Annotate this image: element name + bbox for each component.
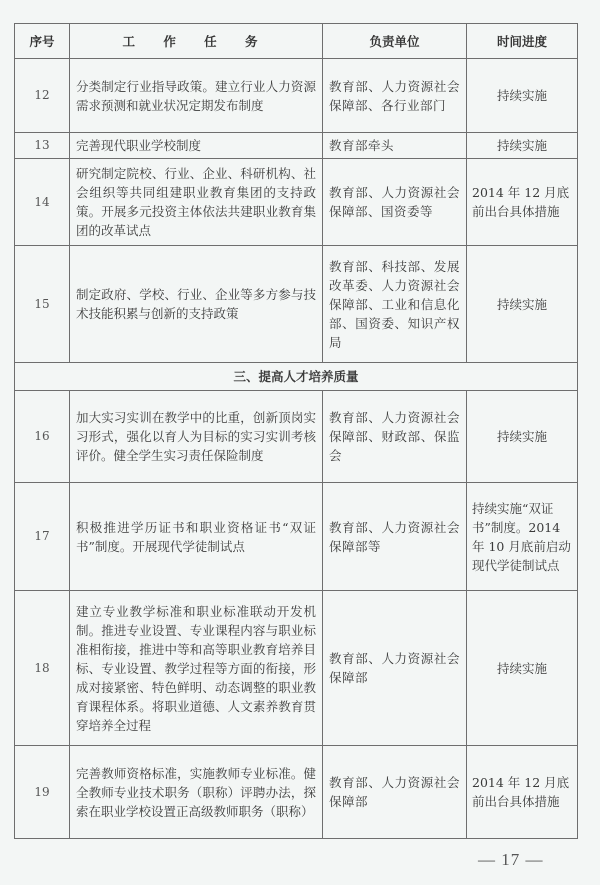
row-unit: 教育部、人力资源社会保障部等 [323, 483, 467, 591]
header-time: 时间进度 [467, 24, 578, 59]
row-no: 14 [15, 159, 70, 246]
table-row: 12 分类制定行业指导政策。建立行业人力资源需求预测和就业状况定期发布制度 教育… [15, 59, 578, 133]
row-task: 完善现代职业学校制度 [70, 133, 323, 159]
table-row: 17 积极推进学历证书和职业资格证书“双证书”制度。开展现代学徒制试点 教育部、… [15, 483, 578, 591]
row-unit: 教育部、人力资源社会保障部 [323, 746, 467, 839]
row-task: 制定政府、学校、行业、企业等多方参与技术技能积累与创新的支持政策 [70, 246, 323, 363]
row-unit: 教育部、人力资源社会保障部、各行业部门 [323, 59, 467, 133]
row-no: 18 [15, 591, 70, 746]
row-task: 加大实习实训在教学中的比重，创新顶岗实习形式，强化以育人为目标的实习实训考核评价… [70, 391, 323, 483]
row-time: 持续实施 [467, 591, 578, 746]
task-table: 序号 工 作 任 务 负责单位 时间进度 12 分类制定行业指导政策。建立行业人… [14, 23, 578, 839]
row-time: 2014 年 12 月底前出台具体措施 [467, 159, 578, 246]
row-time: 持续实施“双证书”制度。2014 年 10 月底前启动现代学徒制试点 [467, 483, 578, 591]
row-unit: 教育部牵头 [323, 133, 467, 159]
row-time: 持续实施 [467, 391, 578, 483]
header-unit: 负责单位 [323, 24, 467, 59]
row-task: 研究制定院校、行业、企业、科研机构、社会组织等共同组建职业教育集团的支持政策。开… [70, 159, 323, 246]
row-unit: 教育部、人力资源社会保障部、国资委等 [323, 159, 467, 246]
table-row: 19 完善教师资格标准，实施教师专业标准。健全教师专业技术职务（职称）评聘办法，… [15, 746, 578, 839]
row-time: 持续实施 [467, 59, 578, 133]
row-task: 积极推进学历证书和职业资格证书“双证书”制度。开展现代学徒制试点 [70, 483, 323, 591]
row-no: 15 [15, 246, 70, 363]
table-row: 15 制定政府、学校、行业、企业等多方参与技术技能积累与创新的支持政策 教育部、… [15, 246, 578, 363]
row-unit: 教育部、人力资源社会保障部、财政部、保监会 [323, 391, 467, 483]
row-unit: 教育部、科技部、发展改革委、人力资源社会保障部、工业和信息化部、国资委、知识产权… [323, 246, 467, 363]
table-row: 18 建立专业教学标准和职业标准联动开发机制。推进专业设置、专业课程内容与职业标… [15, 591, 578, 746]
row-task: 建立专业教学标准和职业标准联动开发机制。推进专业设置、专业课程内容与职业标准相衔… [70, 591, 323, 746]
table-header-row: 序号 工 作 任 务 负责单位 时间进度 [15, 24, 578, 59]
row-time: 持续实施 [467, 246, 578, 363]
page-number: — 17 — [478, 850, 544, 870]
row-unit: 教育部、人力资源社会保障部 [323, 591, 467, 746]
section-title: 三、提高人才培养质量 [15, 363, 578, 391]
table-row: 16 加大实习实训在教学中的比重，创新顶岗实习形式，强化以育人为目标的实习实训考… [15, 391, 578, 483]
row-no: 19 [15, 746, 70, 839]
row-no: 17 [15, 483, 70, 591]
header-task: 工 作 任 务 [70, 24, 323, 59]
header-no: 序号 [15, 24, 70, 59]
table-row: 14 研究制定院校、行业、企业、科研机构、社会组织等共同组建职业教育集团的支持政… [15, 159, 578, 246]
row-no: 12 [15, 59, 70, 133]
table-row: 13 完善现代职业学校制度 教育部牵头 持续实施 [15, 133, 578, 159]
section-row: 三、提高人才培养质量 [15, 363, 578, 391]
row-task: 分类制定行业指导政策。建立行业人力资源需求预测和就业状况定期发布制度 [70, 59, 323, 133]
row-task: 完善教师资格标准，实施教师专业标准。健全教师专业技术职务（职称）评聘办法，探索在… [70, 746, 323, 839]
row-time: 持续实施 [467, 133, 578, 159]
row-no: 13 [15, 133, 70, 159]
row-time: 2014 年 12 月底前出台具体措施 [467, 746, 578, 839]
row-no: 16 [15, 391, 70, 483]
